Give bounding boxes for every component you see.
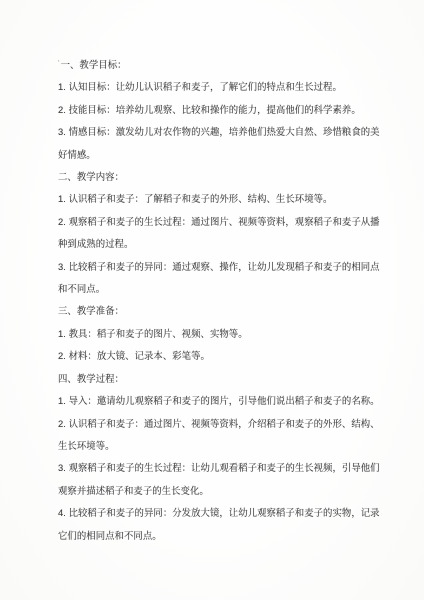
process-item-1: 1. 导入：邀请幼儿观察稻子和麦子的图片，引导他们说出稻子和麦子的名称。: [58, 390, 400, 412]
section-heading-4: 四、教学过程：: [58, 368, 400, 390]
objective-item-3: 3. 情感目标：激发幼儿对农作物的兴趣，培养他们热爱大自然、珍惜粮食的美 好情感…: [58, 121, 400, 166]
preparation-item-2: 2. 材料：放大镜、记录本、彩笔等。: [58, 345, 400, 367]
section-heading-3: 三、教学准备：: [58, 300, 400, 322]
process-item-3: 3. 观察稻子和麦子的生长过程：让幼儿观看稻子和麦子的生长视频，引导他们 观察并…: [58, 457, 400, 502]
preparation-item-1: 1. 教具：稻子和麦子的图片、视频、实物等。: [58, 323, 400, 345]
section-heading-1: '一、教学目标：: [58, 53, 400, 76]
process-item-2: 2. 认识稻子和麦子：通过图片、视频等资料，介绍稻子和麦子的外形、结构、 生长环…: [58, 413, 400, 458]
process-item-4: 4. 比较稻子和麦子的异同：分发放大镜，让幼儿观察稻子和麦子的实物，记录 它们的…: [58, 502, 400, 547]
section-heading-1-text: 一、教学目标：: [61, 59, 127, 70]
objective-item-1: 1. 认知目标：让幼儿认识稻子和麦子，了解它们的特点和生长过程。: [58, 76, 400, 98]
document-page: '一、教学目标： 1. 认知目标：让幼儿认识稻子和麦子，了解它们的特点和生长过程…: [0, 0, 424, 600]
lesson-plan-document: '一、教学目标： 1. 认知目标：让幼儿认识稻子和麦子，了解它们的特点和生长过程…: [58, 53, 400, 547]
content-item-1: 1. 认识稻子和麦子：了解稻子和麦子的外形、结构、生长环境等。: [58, 188, 400, 210]
content-item-3: 3. 比较稻子和麦子的异同：通过观察、操作，让幼儿发现稻子和麦子的相同点 和不同…: [58, 256, 400, 301]
stray-mark: ': [58, 59, 60, 68]
section-heading-2: 二、教学内容：: [58, 166, 400, 188]
objective-item-2: 2. 技能目标：培养幼儿观察、比较和操作的能力，提高他们的科学素养。: [58, 99, 400, 121]
content-item-2: 2. 观察稻子和麦子的生长过程：通过图片、视频等资料，观察稻子和麦子从播 种到成…: [58, 211, 400, 256]
